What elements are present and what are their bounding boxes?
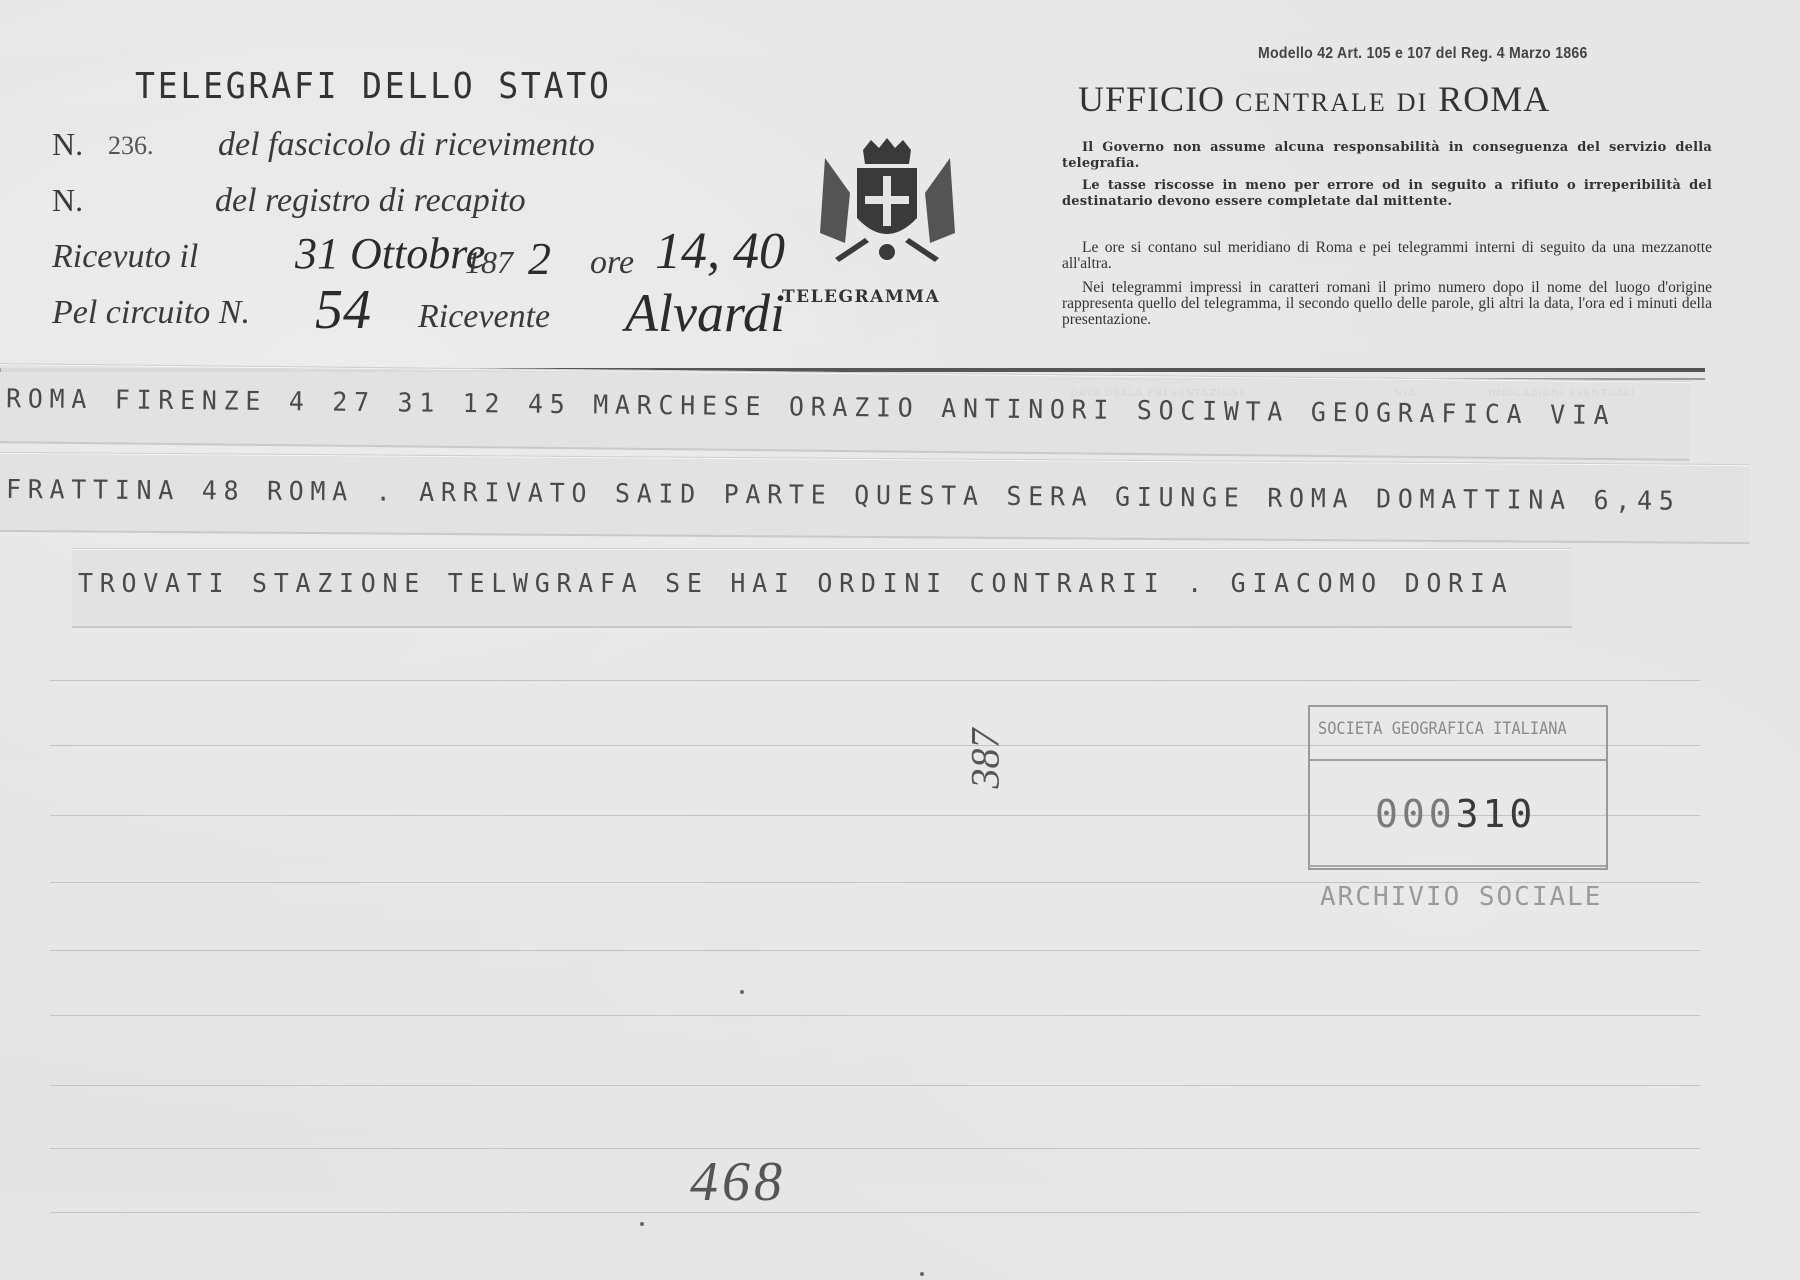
message-line-3: TROVATI STAZIONE TELWGRAFA SE HAI ORDINI… [78,569,1513,599]
year-printed: 187 [465,244,513,281]
message-strip-2: FRATTINA 48 ROMA . ARRIVATO SAID PARTE Q… [0,452,1750,544]
paper-speck [640,1222,644,1226]
row1-prefix: N. [52,126,83,163]
notice-responsibility: Il Governo non assume alcuna responsabil… [1062,140,1712,172]
receiver-signature: Alvardi [625,282,785,344]
stamp-divider-bottom [1308,865,1606,867]
paper-speck [740,990,744,994]
ricevente-label: Ricevente [418,298,550,336]
notice-ore: Le ore si contano sul meridiano di Roma … [1062,240,1712,272]
notice-tasse: Le tasse riscosse in meno per errore od … [1062,178,1712,210]
ruled-line [50,680,1700,681]
savoy-coat-of-arms-icon [805,138,970,268]
row2-prefix: N. [52,182,83,219]
bottom-pencil-number: 468 [690,1150,786,1214]
telegram-paper: TELEGRAFI DELLO STATO N. 236. del fascic… [0,0,1800,1280]
header-title: TELEGRAFI DELLO STATO [135,66,612,107]
message-strip-3: TROVATI STAZIONE TELWGRAFA SE HAI ORDINI… [72,548,1572,628]
modello-reference: Modello 42 Art. 105 e 107 del Reg. 4 Mar… [1258,45,1588,63]
message-line-2: FRATTINA 48 ROMA . ARRIVATO SAID PARTE Q… [6,475,1681,517]
registro-label: del registro di recapito [215,182,526,220]
fascicolo-number: 236. [108,131,154,161]
stamp-society-name: SOCIETA GEOGRAFICA ITALIANA [1318,719,1567,739]
ruled-line [50,1015,1700,1016]
ruled-line [50,1085,1700,1086]
ore-label: ore [590,244,634,282]
circuito-label: Pel circuito N. [52,294,250,332]
message-strip-1: ROMA FIRENZE 4 27 31 12 45 MARCHESE ORAZ… [0,363,1690,461]
year-handwritten: 2 [528,232,551,285]
ruled-line [50,1212,1700,1213]
message-line-1: ROMA FIRENZE 4 27 31 12 45 MARCHESE ORAZ… [6,384,1616,431]
stamp-archive-number: 000310 [1375,792,1536,836]
notice-telegrammi: Nei telegrammi impressi in caratteri rom… [1062,280,1712,328]
ruled-line [50,950,1700,951]
received-date-handwritten: 31 Ottobre [295,228,485,279]
archive-stamp: SOCIETA GEOGRAFICA ITALIANA 000310 ARCHI… [1308,705,1608,870]
ruled-line [50,1148,1700,1149]
circuit-number-handwritten: 54 [315,278,371,342]
office-name: UFFICIO CENTRALE DI ROMA [1078,78,1550,120]
stamp-divider [1310,759,1606,761]
paper-speck [920,1272,924,1276]
rotated-pencil-number: 387 [962,729,1009,789]
telegramma-caption: TELEGRAMMA [782,287,940,307]
stamp-archive-label: ARCHIVIO SOCIALE [1320,882,1602,912]
ricevuto-label: Ricevuto il [52,238,198,276]
fascicolo-label: del fascicolo di ricevimento [218,126,595,164]
received-time-handwritten: 14, 40 [655,222,785,281]
